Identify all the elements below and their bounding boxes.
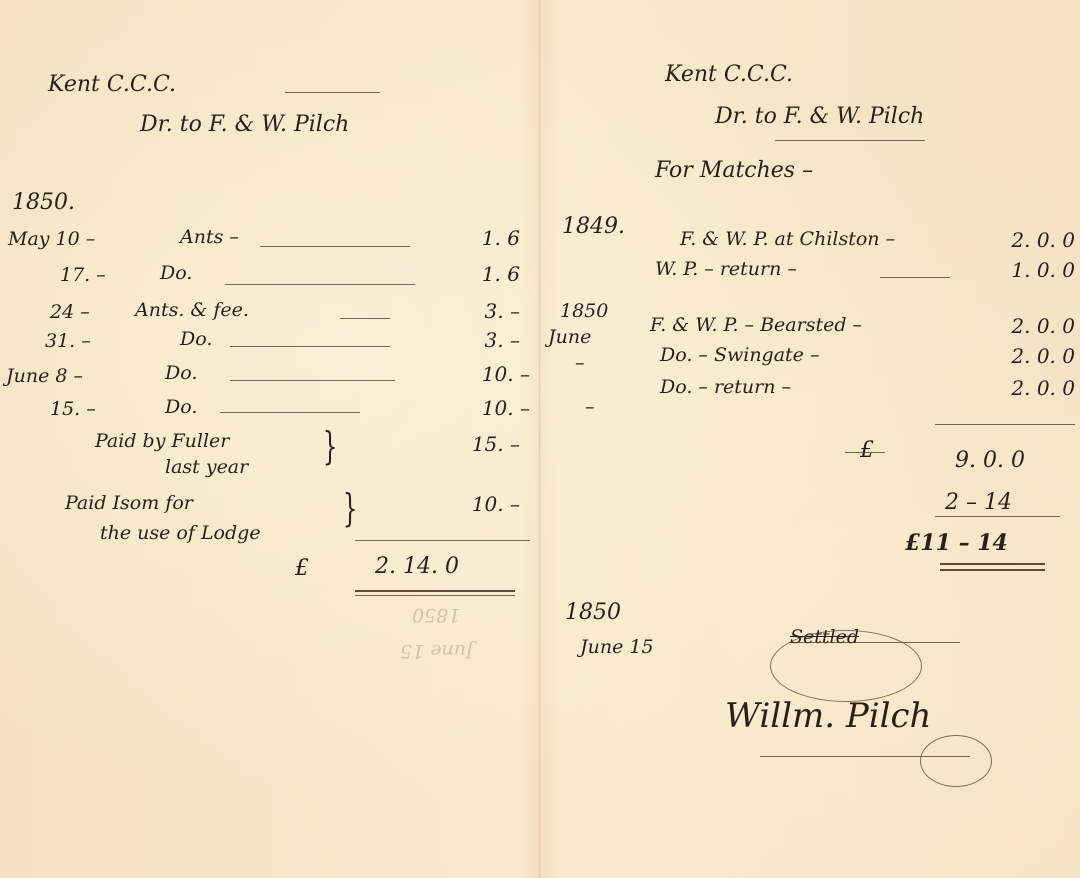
entry-date: 24 – [50, 301, 90, 323]
entry-amount: 3. – [420, 328, 520, 352]
match-amount: 1. 0. 0 [960, 258, 1075, 282]
payment-amount: 15. – [420, 432, 520, 456]
payment-amount: 10. – [420, 492, 520, 516]
entry-rule [230, 346, 390, 347]
currency-underline [845, 452, 885, 453]
signature: Willm. Pilch [725, 696, 931, 736]
carried-amount: 2 – 14 [945, 490, 1012, 515]
ditto-mark: – [585, 396, 595, 418]
header-rule [285, 92, 380, 93]
grand-total-rule [935, 516, 1060, 517]
total-underline [355, 590, 515, 592]
entry-rule [225, 284, 415, 285]
right-debtor-line: Dr. to F. & W. Pilch [715, 104, 924, 129]
entry-date: May 10 – [8, 228, 95, 250]
total-currency: £ [295, 556, 309, 581]
entry-amount: 10. – [400, 396, 530, 420]
entry-amount: 1. 6 [440, 226, 520, 250]
entry-rule [260, 246, 410, 247]
match-amount: 2. 0. 0 [960, 314, 1075, 338]
brace: } [343, 486, 358, 530]
entry-description: Ants. & fee. [135, 299, 249, 321]
bleed-through-year: 1850 [412, 604, 460, 626]
match-description: Do. – Swingate – [660, 344, 819, 366]
entry-description: Do. [180, 328, 212, 350]
left-debtor-line: Dr. to F. & W. Pilch [140, 112, 349, 137]
page-fold [538, 0, 541, 878]
entry-rule [220, 412, 360, 413]
section-month: June [548, 326, 591, 348]
match-description: Do. – return – [660, 376, 791, 398]
grand-total: £11 – 14 [905, 530, 1008, 556]
left-year: 1850. [12, 190, 75, 215]
entry-rule [340, 318, 390, 319]
match-description: W. P. – return – [655, 258, 797, 280]
left-total: 2. 14. 0 [375, 554, 459, 579]
section-year: 1850 [560, 300, 608, 322]
right-addressee: Kent C.C.C. [665, 62, 793, 87]
grand-total-underline [940, 569, 1045, 571]
payment-line: Paid Isom for [65, 492, 193, 514]
entry-date: 15. – [50, 398, 96, 420]
signature-flourish [920, 735, 992, 787]
match-description: F. & W. P. – Bearsted – [650, 314, 862, 336]
total-rule [355, 540, 530, 541]
entry-description: Ants – [180, 226, 239, 248]
subtotal-rule [935, 424, 1075, 425]
entry-amount: 3. – [420, 299, 520, 323]
total-underline [355, 595, 515, 596]
entry-rule [880, 277, 950, 278]
subtotal-currency: £ [860, 438, 874, 463]
payment-line: the use of Lodge [100, 522, 261, 544]
entry-description: Do. [165, 362, 197, 384]
match-amount: 2. 0. 0 [960, 344, 1075, 368]
brace: } [323, 424, 338, 468]
ledger-document: Kent C.C.C. Dr. to F. & W. Pilch 1850. M… [0, 0, 1080, 878]
entry-amount: 1. 6 [440, 262, 520, 286]
entry-date: June 8 – [6, 365, 83, 387]
entry-amount: 10. – [400, 362, 530, 386]
entry-rule [230, 380, 395, 381]
payment-line: last year [165, 456, 248, 478]
match-amount: 2. 0. 0 [960, 376, 1075, 400]
header-rule [775, 140, 925, 141]
bleed-through-date: June 15 [400, 640, 474, 662]
entry-description: Do. [165, 396, 197, 418]
match-amount: 2. 0. 0 [960, 228, 1075, 252]
settlement-year: 1850 [565, 600, 621, 625]
subtotal-amount: 9. 0. 0 [955, 448, 1025, 473]
section-year: 1849. [562, 214, 625, 239]
entry-date: 17. – [60, 264, 106, 286]
entry-date: 31. – [45, 330, 91, 352]
settled-flourish [770, 630, 922, 702]
right-subtitle: For Matches – [655, 158, 813, 183]
settlement-date: June 15 [580, 636, 654, 658]
match-description: F. & W. P. at Chilston – [680, 228, 895, 250]
left-addressee: Kent C.C.C. [48, 72, 176, 97]
entry-description: Do. [160, 262, 192, 284]
payment-line: Paid by Fuller [95, 430, 229, 452]
ditto-mark: – [575, 352, 585, 374]
grand-total-underline [940, 563, 1045, 565]
